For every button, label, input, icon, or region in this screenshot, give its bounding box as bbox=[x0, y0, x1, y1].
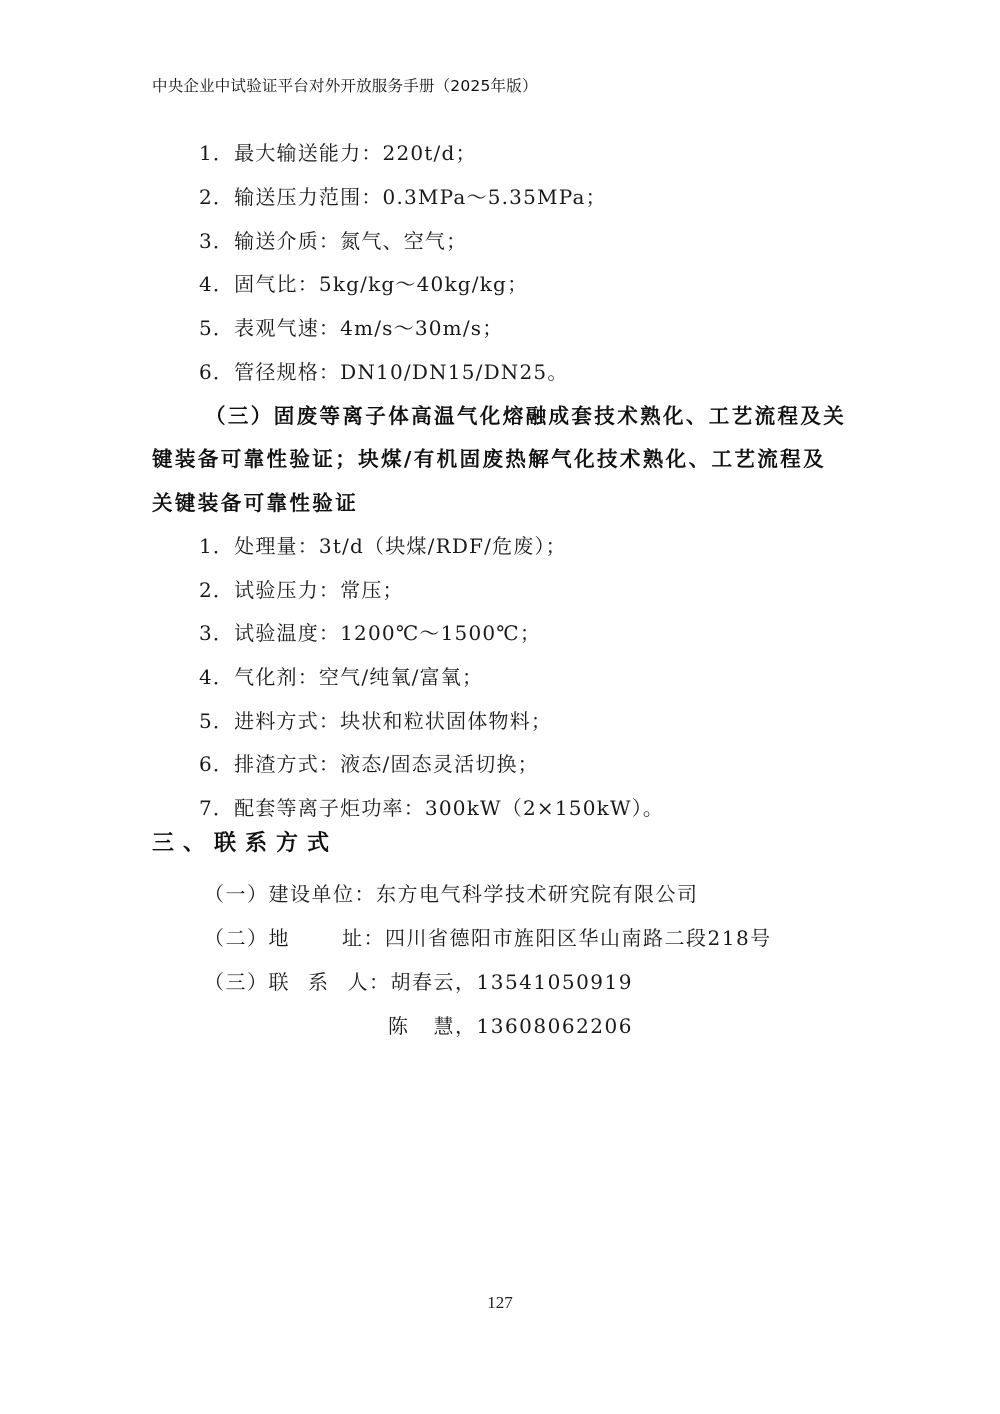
spec-item: 2．试验压力：常压； bbox=[199, 574, 404, 603]
spec-item: 5．进料方式：块状和粒状固体物料； bbox=[199, 705, 552, 734]
contact-prefix: （三） bbox=[204, 970, 269, 994]
contact-prefix: （一） bbox=[204, 882, 269, 906]
page-header-title: 中央企业中试验证平台对外开放服务手册（2025年版） bbox=[152, 74, 538, 96]
spec-item: 6．排渣方式：液态/固态灵活切换； bbox=[199, 748, 539, 777]
item-text: 处理量：3t/d（块煤/RDF/危废）； bbox=[234, 534, 567, 558]
item-number: 1． bbox=[199, 141, 234, 165]
contact-name: 陈 bbox=[388, 1014, 410, 1038]
item-number: 4． bbox=[199, 665, 234, 689]
item-text: 气化剂：空气/纯氧/富氧； bbox=[234, 665, 483, 689]
spec-item: 3．试验温度：1200℃～1500℃； bbox=[199, 617, 541, 646]
page-number: 127 bbox=[0, 1293, 1000, 1313]
contact-unit: （一）建设单位：东方电气科学技术研究院有限公司 bbox=[204, 878, 699, 907]
spec-item: 2．输送压力范围：0.3MPa～5.35MPa； bbox=[199, 181, 607, 210]
item-text: 进料方式：块状和粒状固体物料； bbox=[234, 709, 552, 733]
item-text: 配套等离子炬功率：300kW（2×150kW）。 bbox=[234, 796, 664, 820]
item-text: 试验压力：常压； bbox=[234, 578, 404, 602]
spec-item: 5．表观气速：4m/s～30m/s； bbox=[199, 312, 503, 341]
contact-person: 陈慧，13608062206 bbox=[388, 1010, 633, 1039]
item-text: 管径规格：DN10/DN15/DN25。 bbox=[234, 360, 568, 384]
item-text: 固气比：5kg/kg～40kg/kg； bbox=[234, 272, 528, 296]
spec-item: 4．固气比：5kg/kg～40kg/kg； bbox=[199, 268, 528, 297]
subsection-heading-line: （三）固废等离子体高温气化熔融成套技术熟化、工艺流程及关 bbox=[205, 399, 846, 429]
contact-name: 胡春云 bbox=[391, 970, 456, 994]
spec-item: 7．配套等离子炬功率：300kW（2×150kW）。 bbox=[199, 792, 664, 821]
item-number: 6． bbox=[199, 360, 234, 384]
contact-phone: 13541050919 bbox=[477, 970, 633, 994]
contact-person: （三）联系人：胡春云，13541050919 bbox=[204, 966, 633, 995]
item-number: 4． bbox=[199, 272, 234, 296]
contact-unit-name: 东方电气科学技术研究院有限公司 bbox=[376, 882, 699, 906]
item-number: 2． bbox=[199, 578, 234, 602]
item-number: 7． bbox=[199, 796, 234, 820]
comma: ， bbox=[455, 970, 477, 994]
item-text: 排渣方式：液态/固态灵活切换； bbox=[234, 752, 539, 776]
item-number: 2． bbox=[199, 185, 234, 209]
item-text: 最大输送能力：220t/d； bbox=[234, 141, 477, 165]
comma: ， bbox=[455, 1014, 477, 1038]
contact-address: （二）地址：四川省德阳市旌阳区华山南路二段218号 bbox=[204, 922, 772, 951]
contact-phone: 13608062206 bbox=[477, 1014, 633, 1038]
subsection-heading-line: 关键装备可靠性验证 bbox=[152, 486, 358, 516]
contact-prefix: （二） bbox=[204, 926, 269, 950]
item-text: 表观气速：4m/s～30m/s； bbox=[234, 316, 503, 340]
item-number: 3． bbox=[199, 229, 234, 253]
item-number: 5． bbox=[199, 709, 234, 733]
spec-item: 4．气化剂：空气/纯氧/富氧； bbox=[199, 661, 483, 690]
subsection-heading-line: 键装备可靠性验证；块煤/有机固废热解气化技术熟化、工艺流程及 bbox=[152, 442, 826, 472]
item-text: 输送压力范围：0.3MPa～5.35MPa； bbox=[234, 185, 607, 209]
spec-item: 3．输送介质：氮气、空气； bbox=[199, 225, 467, 254]
contact-label: 人： bbox=[348, 970, 391, 994]
contact-label: 系 bbox=[308, 970, 330, 994]
contact-address-value: 四川省德阳市旌阳区华山南路二段218号 bbox=[385, 926, 772, 950]
item-number: 3． bbox=[199, 621, 234, 645]
contact-label: 联 bbox=[269, 970, 291, 994]
spec-item: 1．最大输送能力：220t/d； bbox=[199, 137, 477, 166]
item-text: 输送介质：氮气、空气； bbox=[234, 229, 467, 253]
item-text: 试验温度：1200℃～1500℃； bbox=[234, 621, 541, 645]
item-number: 5． bbox=[199, 316, 234, 340]
section-title-contact: 三、联系方式 bbox=[152, 826, 338, 857]
item-number: 6． bbox=[199, 752, 234, 776]
spec-item: 1．处理量：3t/d（块煤/RDF/危废）； bbox=[199, 530, 567, 559]
item-number: 1． bbox=[199, 534, 234, 558]
contact-name: 慧 bbox=[434, 1014, 456, 1038]
spec-item: 6．管径规格：DN10/DN15/DN25。 bbox=[199, 356, 569, 385]
contact-label: 地 bbox=[269, 926, 291, 950]
contact-label: 址： bbox=[342, 926, 385, 950]
contact-label: 建设单位： bbox=[269, 882, 377, 906]
